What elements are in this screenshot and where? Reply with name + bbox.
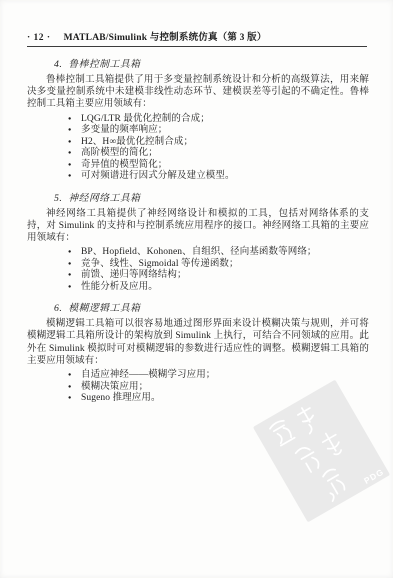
section-title: 模糊逻辑工具箱 xyxy=(68,303,140,314)
section-heading-neural-network: 5.神经网络工具箱 xyxy=(27,190,369,204)
section-number: 5. xyxy=(54,193,62,204)
bullet-list-robust-control: LQG/LTR 最优化控制的合成； 多变量的频率响应； H2、H∞最优化控制合成… xyxy=(27,114,369,183)
section-title: 鲁棒控制工具箱 xyxy=(68,59,140,70)
list-item: 奇异值的模型简化； xyxy=(68,160,369,172)
section-paragraph: 模糊逻辑工具箱可以很容易地通过图形界面来设计模糊决策与规则，并可将模糊逻辑工具箱… xyxy=(27,318,369,367)
page-number: · 12 · xyxy=(27,33,51,43)
bullet-list-neural-network: BP、Hopfield、Kohonen、自组织、径向基函数等网络； 竞争、线性、… xyxy=(27,247,369,293)
section-number: 6. xyxy=(54,303,62,314)
page-body: 4.鲁棒控制工具箱 鲁棒控制工具箱提供了用于多变量控制系统设计和分析的高级算法，… xyxy=(27,56,369,405)
list-item: 自适应神经——模糊学习应用； xyxy=(68,370,369,382)
running-head: · 12 · MATLAB/Simulink 与控制系统仿真（第 3 版） xyxy=(27,29,367,47)
list-item: H2、H∞最优化控制合成； xyxy=(68,137,369,149)
list-item: BP、Hopfield、Kohonen、自组织、径向基函数等网络； xyxy=(68,247,369,259)
list-item: 前馈、递归等网络结构； xyxy=(68,270,369,282)
section-paragraph: 神经网络工具箱提供了神经网络设计和模拟的工具，包括对网络体系的支持，对 Simu… xyxy=(27,208,369,245)
section-title: 神经网络工具箱 xyxy=(68,193,140,204)
book-title: MATLAB/Simulink 与控制系统仿真（第 3 版） xyxy=(64,29,267,43)
section-number: 4. xyxy=(54,59,62,70)
list-item: 高阶模型的简化； xyxy=(68,148,369,160)
list-item: LQG/LTR 最优化控制的合成； xyxy=(68,114,369,126)
list-item: 性能分析及应用。 xyxy=(68,282,369,294)
section-paragraph: 鲁棒控制工具箱提供了用于多变量控制系统设计和分析的高级算法，用来解决多变量控制系… xyxy=(27,74,369,111)
list-item: 多变量的频率响应； xyxy=(68,125,369,137)
section-heading-robust-control: 4.鲁棒控制工具箱 xyxy=(27,56,369,70)
section-heading-fuzzy-logic: 6.模糊逻辑工具箱 xyxy=(27,300,369,314)
list-item: 竞争、线性、Sigmoidal 等传递函数； xyxy=(68,259,369,271)
scanned-book-page: · 12 · MATLAB/Simulink 与控制系统仿真（第 3 版） 4.… xyxy=(0,0,393,578)
list-item: 可对频谱进行因式分解及建立模型。 xyxy=(68,171,369,183)
